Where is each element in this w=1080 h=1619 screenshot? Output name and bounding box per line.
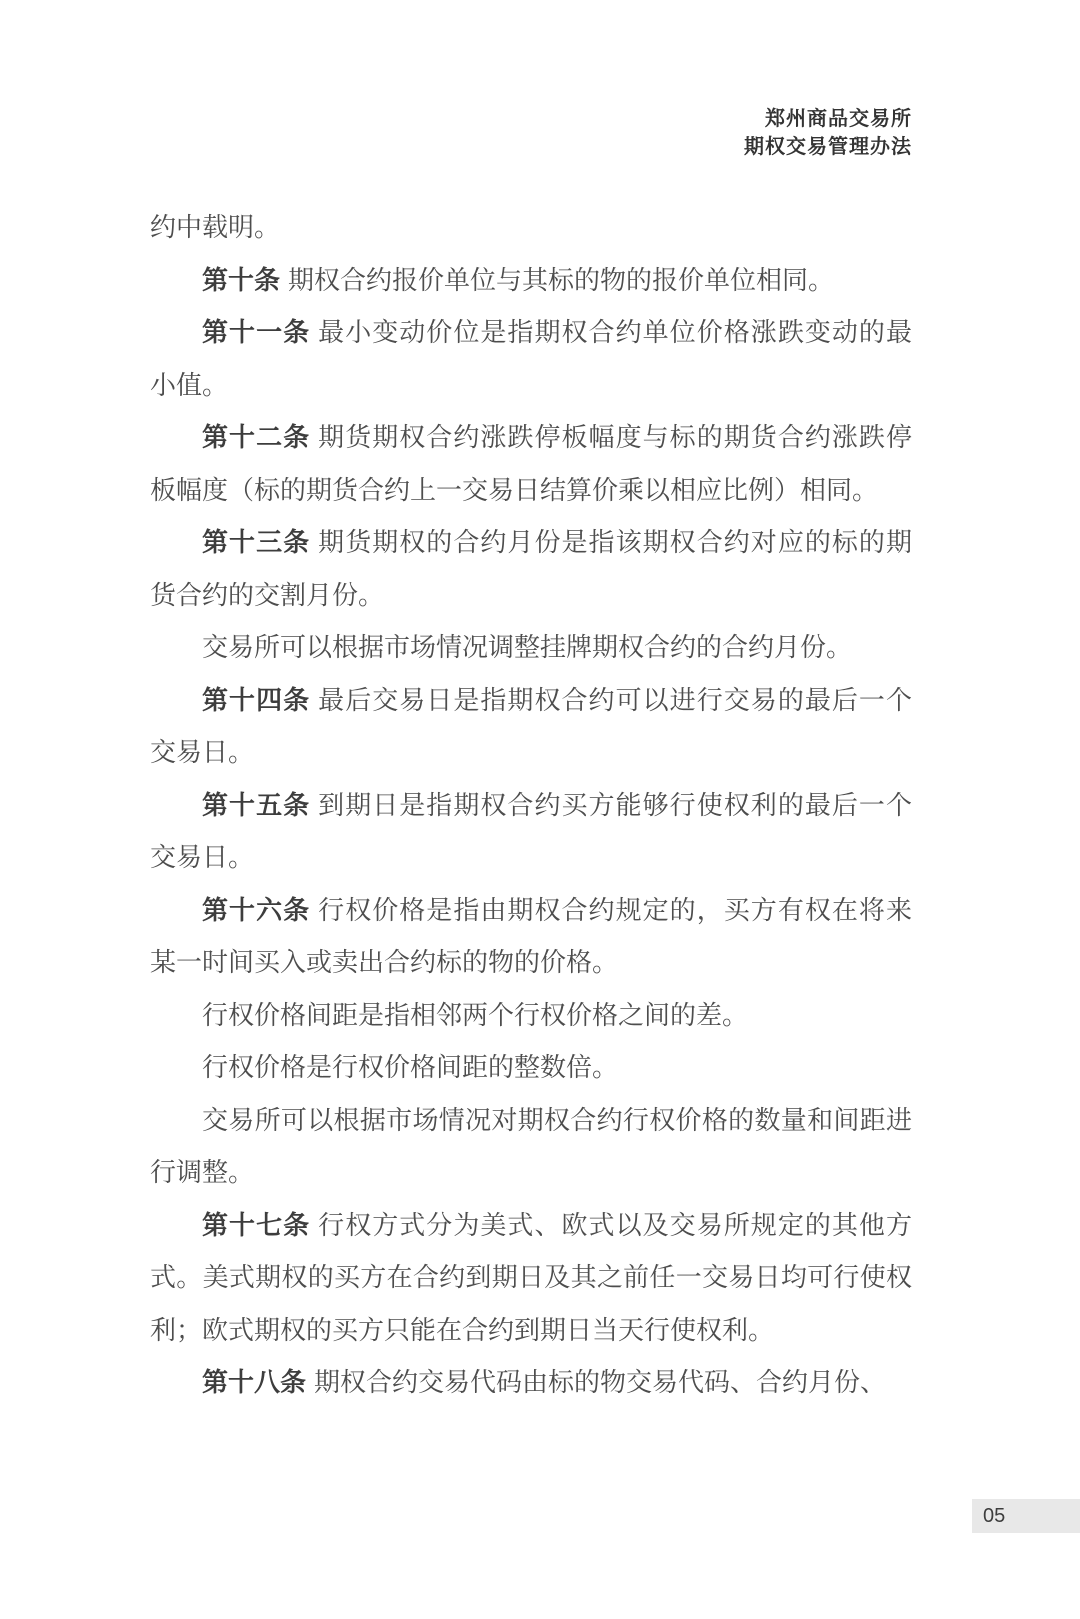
article-number: 第十八条 — [202, 1368, 306, 1398]
paragraph-text: 行权价格间距是指相邻两个行权价格之间的差。 — [202, 1001, 748, 1031]
article-number: 第十六条 — [202, 896, 310, 926]
running-header: 郑州商品交易所 期权交易管理办法 — [744, 104, 912, 160]
article-number: 第十三条 — [202, 528, 310, 558]
paragraph-text: 交易所可以根据市场情况对期权合约行权价格的数量和间距进行调整。 — [150, 1106, 912, 1189]
article-10: 第十条期权合约报价单位与其标的物的报价单位相同。 — [150, 255, 912, 308]
article-14: 第十四条最后交易日是指期权合约可以进行交易的最后一个交易日。 — [150, 675, 912, 780]
paragraph-continuation: 约中载明。 — [150, 202, 912, 255]
article-15: 第十五条到期日是指期权合约买方能够行使权利的最后一个交易日。 — [150, 780, 912, 885]
article-18: 第十八条期权合约交易代码由标的物交易代码、合约月份、 — [150, 1357, 912, 1410]
article-11: 第十一条最小变动价位是指期权合约单位价格涨跌变动的最小值。 — [150, 307, 912, 412]
article-16: 第十六条行权价格是指由期权合约规定的，买方有权在将来某一时间买入或卖出合约标的物… — [150, 885, 912, 990]
paragraph-text: 期权合约交易代码由标的物交易代码、合约月份、 — [314, 1368, 886, 1398]
article-number: 第十四条 — [202, 686, 310, 716]
article-number: 第十七条 — [202, 1211, 310, 1241]
article-number: 第十一条 — [202, 318, 310, 348]
article-16-clause-3: 行权价格是行权价格间距的整数倍。 — [150, 1042, 912, 1095]
paragraph-text: 交易所可以根据市场情况调整挂牌期权合约的合约月份。 — [202, 633, 852, 663]
article-number: 第十二条 — [202, 423, 310, 453]
header-organization: 郑州商品交易所 — [744, 104, 912, 132]
paragraph-text: 行权价格是行权价格间距的整数倍。 — [202, 1053, 618, 1083]
article-16-clause-2: 行权价格间距是指相邻两个行权价格之间的差。 — [150, 990, 912, 1043]
article-13-clause-2: 交易所可以根据市场情况调整挂牌期权合约的合约月份。 — [150, 622, 912, 675]
article-16-clause-4: 交易所可以根据市场情况对期权合约行权价格的数量和间距进行调整。 — [150, 1095, 912, 1200]
article-12: 第十二条期货期权合约涨跌停板幅度与标的期货合约涨跌停板幅度（标的期货合约上一交易… — [150, 412, 912, 517]
article-13: 第十三条期货期权的合约月份是指该期权合约对应的标的期货合约的交割月份。 — [150, 517, 912, 622]
article-number: 第十条 — [202, 266, 280, 296]
page-number: 05 — [972, 1499, 1080, 1533]
paragraph-text: 期权合约报价单位与其标的物的报价单位相同。 — [288, 266, 834, 296]
header-document-title: 期权交易管理办法 — [744, 132, 912, 160]
article-17: 第十七条行权方式分为美式、欧式以及交易所规定的其他方式。美式期权的买方在合约到期… — [150, 1200, 912, 1358]
paragraph-text: 约中载明。 — [150, 213, 280, 243]
article-number: 第十五条 — [202, 791, 310, 821]
document-body: 约中载明。 第十条期权合约报价单位与其标的物的报价单位相同。 第十一条最小变动价… — [150, 202, 912, 1410]
